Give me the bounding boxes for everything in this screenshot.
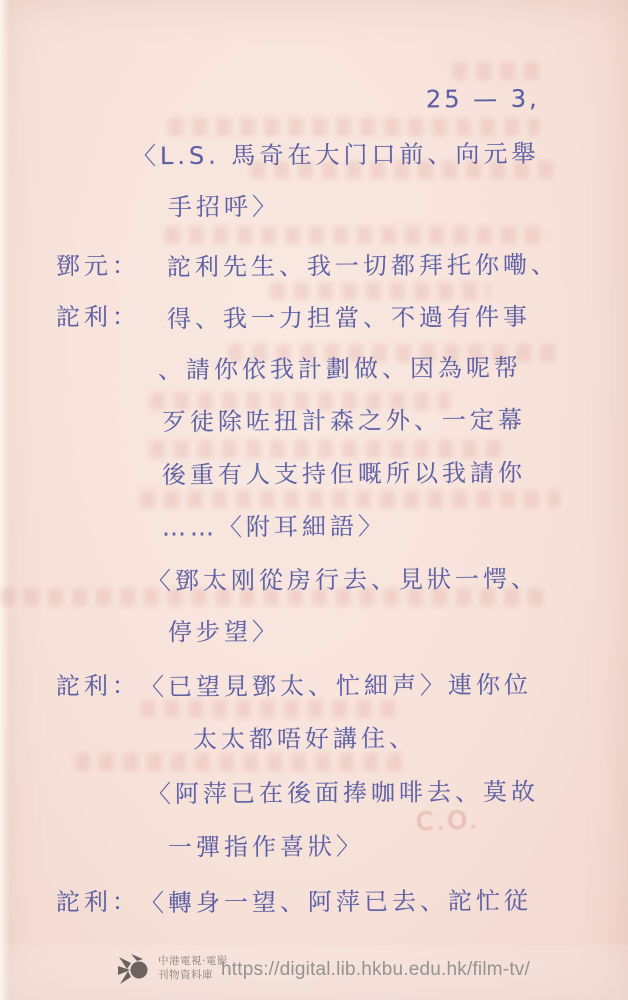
archive-logo-icon [117,953,153,989]
scanned-script-page: C.O. 25 — 3, 〈L.S. 馬奇在大门口前、向元舉 手招呼〉 鄧元： … [0,0,628,1000]
script-line: 歹徒除咗扭計森之外、一定幕 [162,405,526,438]
bleed-through-line [140,490,560,508]
speaker-label: 詑利： [56,887,140,919]
bleed-through-line [168,118,540,136]
archive-url: https://digital.lib.hkbu.edu.hk/film-tv/ [221,959,530,981]
bleed-through-line [452,62,544,80]
bleed-through-mark: C.O. [416,805,481,836]
speaker-label: 鄧元： [56,251,140,283]
script-line: 一彈指作喜狀〉 [168,831,364,863]
script-line: 停步望〉 [168,617,280,649]
script-line: 得、我一力担當、不過有件事 [167,302,531,335]
script-line: 手招呼〉 [168,192,280,224]
speaker-label: 詑利： [56,671,140,703]
archive-name-line1: 中港電視·電影 [158,955,228,969]
script-line: 〈已望見鄧太、忙細声〉連你位 [140,670,532,704]
archive-name-line2: 刊物資料庫 [158,969,228,983]
archive-name: 中港電視·電影 刊物資料庫 [158,955,228,982]
script-line: ……〈附耳細語〉 [162,511,386,544]
script-line: 詑利先生、我一切都拜托你嘞、 [167,250,559,284]
watermark-footer: 中港電視·電影 刊物資料庫 https://digital.lib.hkbu.e… [0,945,628,1000]
script-line: 〈轉身一望、阿萍已去、詑忙従 [140,886,532,920]
script-line: 太太都唔好講住、 [193,723,417,756]
bleed-through-line [270,282,490,300]
bleed-through-line [150,440,510,458]
page-number: 25 — 3, [426,84,540,116]
script-line: 、請你依我計劃做、因為呢帮 [158,353,522,386]
bleed-through-line [75,753,410,771]
speaker-label: 詑利： [56,302,140,334]
bleed-through-line [165,226,550,244]
script-line: 〈鄧太刚從房行去、見狀一愕、 [147,564,539,598]
script-line: 〈阿萍已在後面捧咖啡去、莫故 [147,777,539,811]
script-line: 〈L.S. 馬奇在大门口前、向元舉 [132,139,540,173]
script-line: 後重有人支持佢嘅所以我請你 [162,458,526,491]
